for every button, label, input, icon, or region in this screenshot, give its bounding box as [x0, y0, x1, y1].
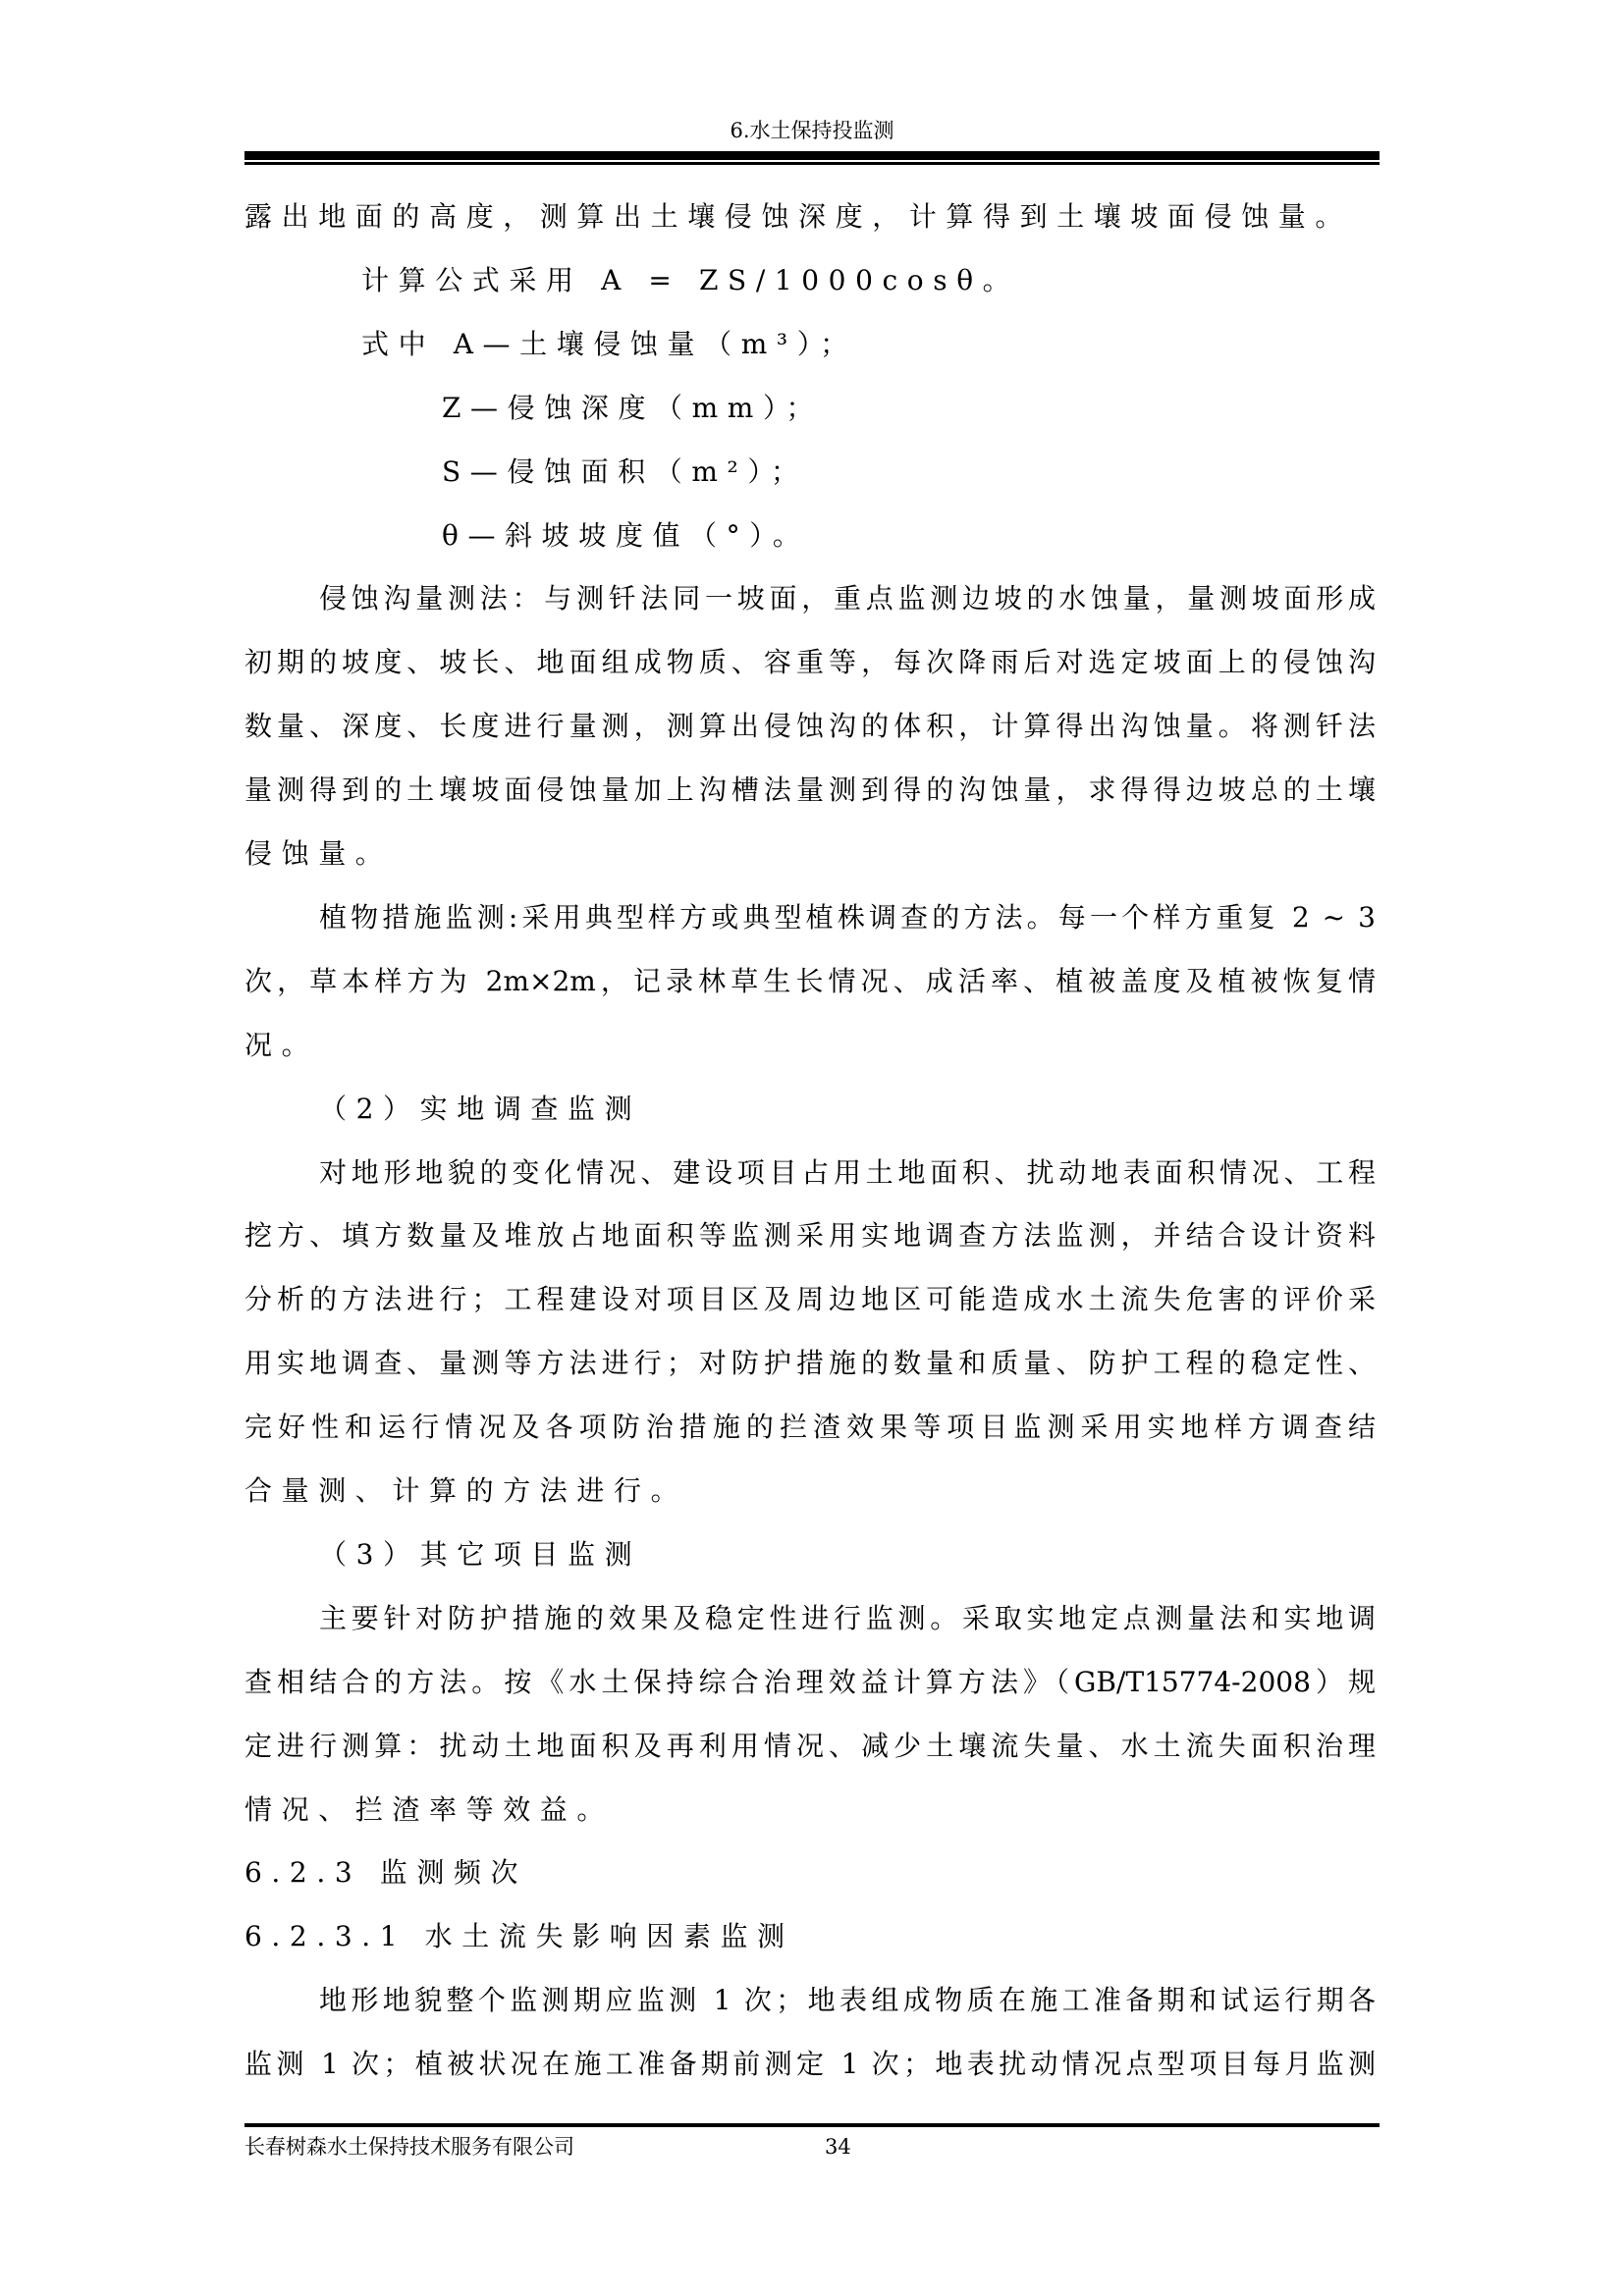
body-line: 用实地调查、量测等方法进行；对防护措施的数量和质量、防护工程的稳定性、 — [244, 1344, 1376, 1383]
body-line: 情况、拦渣率等效益。 — [244, 1790, 1376, 1830]
body-line: 数量、深度、长度进行量测，测算出侵蚀沟的体积，计算得出沟蚀量。将测钎法 — [244, 707, 1376, 746]
body-line: 露出地面的高度，测算出土壤侵蚀深度，计算得到土壤坡面侵蚀量。 — [244, 197, 1376, 237]
body-line: 侵蚀量。 — [244, 834, 1376, 874]
header-rule-thin — [244, 162, 1380, 165]
formula-variable-line: 式中 A—土壤侵蚀量（m³）； — [361, 325, 1376, 364]
body-line: 挖方、填方数量及堆放占地面积等监测采用实地调查方法监测，并结合设计资料 — [244, 1216, 1376, 1255]
footer-company-name: 长春树森水土保持技术服务有限公司 — [244, 2132, 574, 2162]
body-line: 量测得到的土壤坡面侵蚀量加上沟槽法量测到得的沟蚀量，求得得边坡总的土壤 — [244, 771, 1376, 810]
body-line: 主要针对防护措施的效果及稳定性进行监测。采取实地定点测量法和实地调 — [319, 1599, 1376, 1638]
formula-variable-line: Z—侵蚀深度（mm）； — [442, 389, 1376, 428]
body-line: 查相结合的方法。按《水土保持综合治理效益计算方法》（GB/T15774-2008… — [244, 1663, 1376, 1702]
body-line: 对地形地貌的变化情况、建设项目占用土地面积、扰动地表面积情况、工程 — [319, 1153, 1376, 1193]
body-line: 分析的方法进行；工程建设对项目区及周边地区可能造成水土流失危害的评价采 — [244, 1280, 1376, 1319]
header-rule-thick — [244, 151, 1380, 160]
body-line: 次，草本样方为 2m×2m，记录林草生长情况、成活率、植被盖度及植被恢复情 — [244, 962, 1376, 1001]
body-line: 况。 — [244, 1026, 1376, 1065]
body-line: 初期的坡度、坡长、地面组成物质、容重等，每次降雨后对选定坡面上的侵蚀沟 — [244, 643, 1376, 682]
body-line: 侵蚀沟量测法：与测钎法同一坡面，重点监测边坡的水蚀量，量测坡面形成 — [319, 579, 1376, 618]
body-line: 合量测、计算的方法进行。 — [244, 1471, 1376, 1511]
formula-line: 计算公式采用 A = ZS/1000cosθ。 — [361, 261, 1376, 300]
subsection-heading: （2）实地调查监测 — [319, 1090, 1376, 1129]
subsection-heading: （3）其它项目监测 — [319, 1535, 1376, 1575]
section-heading: 6.2.3.1 水土流失影响因素监测 — [244, 1917, 1376, 1956]
footer-rule — [244, 2123, 1380, 2127]
body-line: 地形地貌整个监测期应监测 1 次；地表组成物质在施工准备期和试运行期各 — [319, 1981, 1376, 2020]
body-line: 监测 1 次；植被状况在施工准备期前测定 1 次；地表扰动情况点型项目每月监测 — [244, 2045, 1376, 2084]
section-heading: 6.2.3 监测频次 — [244, 1853, 1376, 1893]
formula-variable-line: θ—斜坡坡度值（°）。 — [442, 516, 1376, 556]
body-line: 定进行测算：扰动土地面积及再利用情况、减少土壤流失量、水土流失面积治理 — [244, 1727, 1376, 1766]
body-line: 完好性和运行情况及各项防治措施的拦渣效果等项目监测采用实地样方调查结 — [244, 1408, 1376, 1447]
formula-variable-line: S—侵蚀面积（m²）； — [442, 453, 1376, 492]
page-number: 34 — [825, 2132, 851, 2162]
body-line: 植物措施监测:采用典型样方或典型植株调查的方法。每一个样方重复 2 ~ 3 — [319, 898, 1376, 937]
page-header-title: 6.水土保持投监测 — [244, 117, 1380, 144]
